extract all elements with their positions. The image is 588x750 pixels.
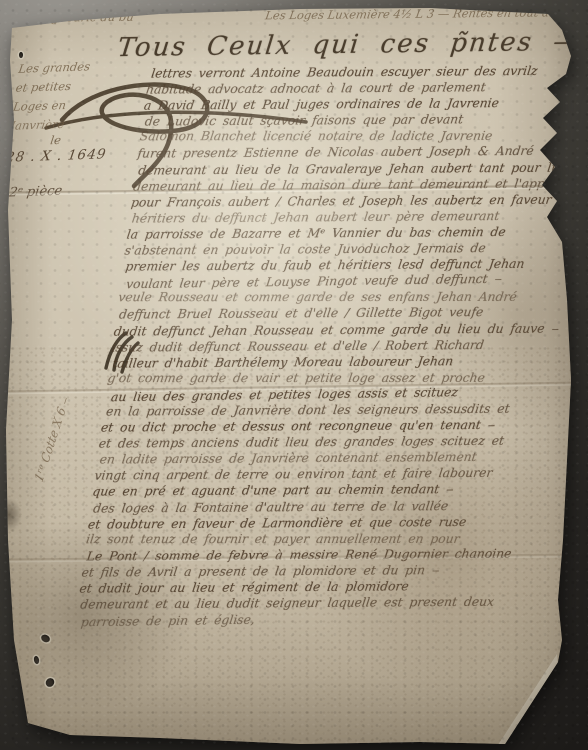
- diagonal-cote-annotation: 1ʳᵉ Cotte X 6 ⎯: [32, 395, 73, 484]
- worm-hole: [19, 52, 23, 58]
- manuscript-line: veule Rousseau et comme garde de ses enf…: [117, 289, 571, 305]
- ink-smudge: [0, 498, 22, 532]
- margin-note: 28 . X . 1649: [5, 145, 110, 168]
- margin-note: 12ᵉ pièce: [0, 180, 105, 203]
- parchment-sheet: Seigneurie du bū Les Loges Luxemière 4½ …: [0, 0, 588, 750]
- archival-annotation: Les Loges Luxemière 4½ L 3 — Rentes en t…: [264, 5, 575, 22]
- seigneurie-annotation: Seigneurie du bū: [33, 10, 135, 25]
- manuscript-line: tailleur d'habit Barthélemy Moreau labou…: [112, 352, 567, 371]
- top-annotations: Seigneurie du bū Les Loges Luxemière 4½ …: [33, 5, 576, 25]
- manuscript-line: ilz sont tenuz de fournir et payer annue…: [85, 531, 539, 547]
- manuscript-line: Salomon Blanchet licencié notaire de lad…: [139, 128, 588, 144]
- photo-backdrop: Seigneurie du bū Les Loges Luxemière 4½ …: [0, 0, 588, 750]
- manuscript-body: lettres verront Antoine Beaudouin escuye…: [74, 62, 588, 628]
- parchment-wrapper: Seigneurie du bū Les Loges Luxemière 4½ …: [0, 0, 588, 750]
- worm-hole: [44, 676, 56, 688]
- worm-hole: [33, 656, 40, 665]
- margin-notes: Les grandeset petitesLoges enJanvrièrele…: [0, 56, 122, 202]
- worm-hole: [40, 633, 51, 643]
- opening-formula-heading: Tous Ceulx qui ces p̃ntes — escriptes ⎯: [116, 27, 570, 64]
- manuscript-line: et doubture en faveur de Larmondière et …: [87, 513, 542, 532]
